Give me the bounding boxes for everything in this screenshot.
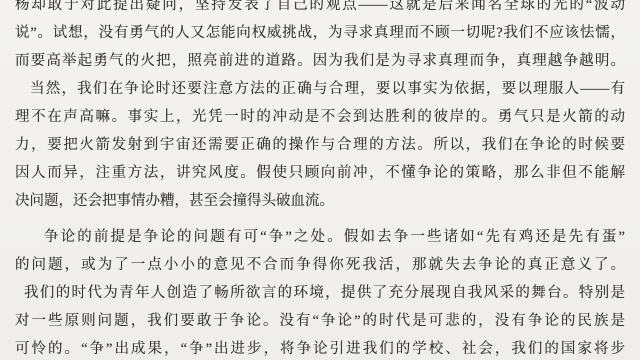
text-line: 可怜的。“争”出成果，“争”出进步，将争论引进我们的学校、社会，我们的国家将步 [15, 335, 625, 360]
text-block: 杨却敢于对此提出疑问，坚持发表了自己的观点——这就是后来闻名全球的光的“波动 说… [15, 0, 625, 360]
text-line: 的问题，或为了一点小小的意见不合而争得你死我活，那就失去争论的真正意义了。 [15, 251, 625, 279]
text-line: 说”。试想，没有勇气的人又怎能向权威挑战，为寻求真理而不顾一切呢?我们不应该怯懦… [15, 19, 625, 47]
text-line: 力，要把火箭发射到宇宙还需要正确的操作与合理的方法。所以，我们在争论的时候要 [15, 131, 625, 159]
text-line: 我们的时代为青年人创造了畅所欲言的环境，提供了充分展现自我风采的舞台。特别是 [15, 279, 625, 307]
text-line: 对一些原则问题，我们要敢于争论。没有“争论”的时代是可悲的，没有争论的民族是 [15, 307, 625, 335]
text-line: 理不在声高嘛。事实上，光凭一时的冲动是不会到达胜利的彼岸的。勇气只是火箭的动 [15, 103, 625, 131]
document-page: 杨却敢于对此提出疑问，坚持发表了自己的观点——这就是后来闻名全球的光的“波动 说… [0, 0, 640, 360]
text-line: 争论的前提是争论的问题有可“争”之处。假如去争一些诸如“先有鸡还是先有蛋” [15, 223, 625, 251]
text-line: 决问题，还会把事情办糟，甚至会撞得头破血流。 [15, 187, 625, 215]
text-line: 当然，我们在争论时还要注意方法的正确与合理，要以事实为依据，要以理服人——有 [15, 75, 625, 103]
text-line: 而要高举起勇气的火把，照亮前进的道路。因为我们是为寻求真理而争，真理越争越明。 [15, 47, 625, 75]
text-line: 杨却敢于对此提出疑问，坚持发表了自己的观点——这就是后来闻名全球的光的“波动 [15, 0, 625, 19]
text-line: 因人而异，注重方法，讲究风度。假使只顾向前冲，不懂争论的策略，那么非但不能解 [15, 159, 625, 187]
